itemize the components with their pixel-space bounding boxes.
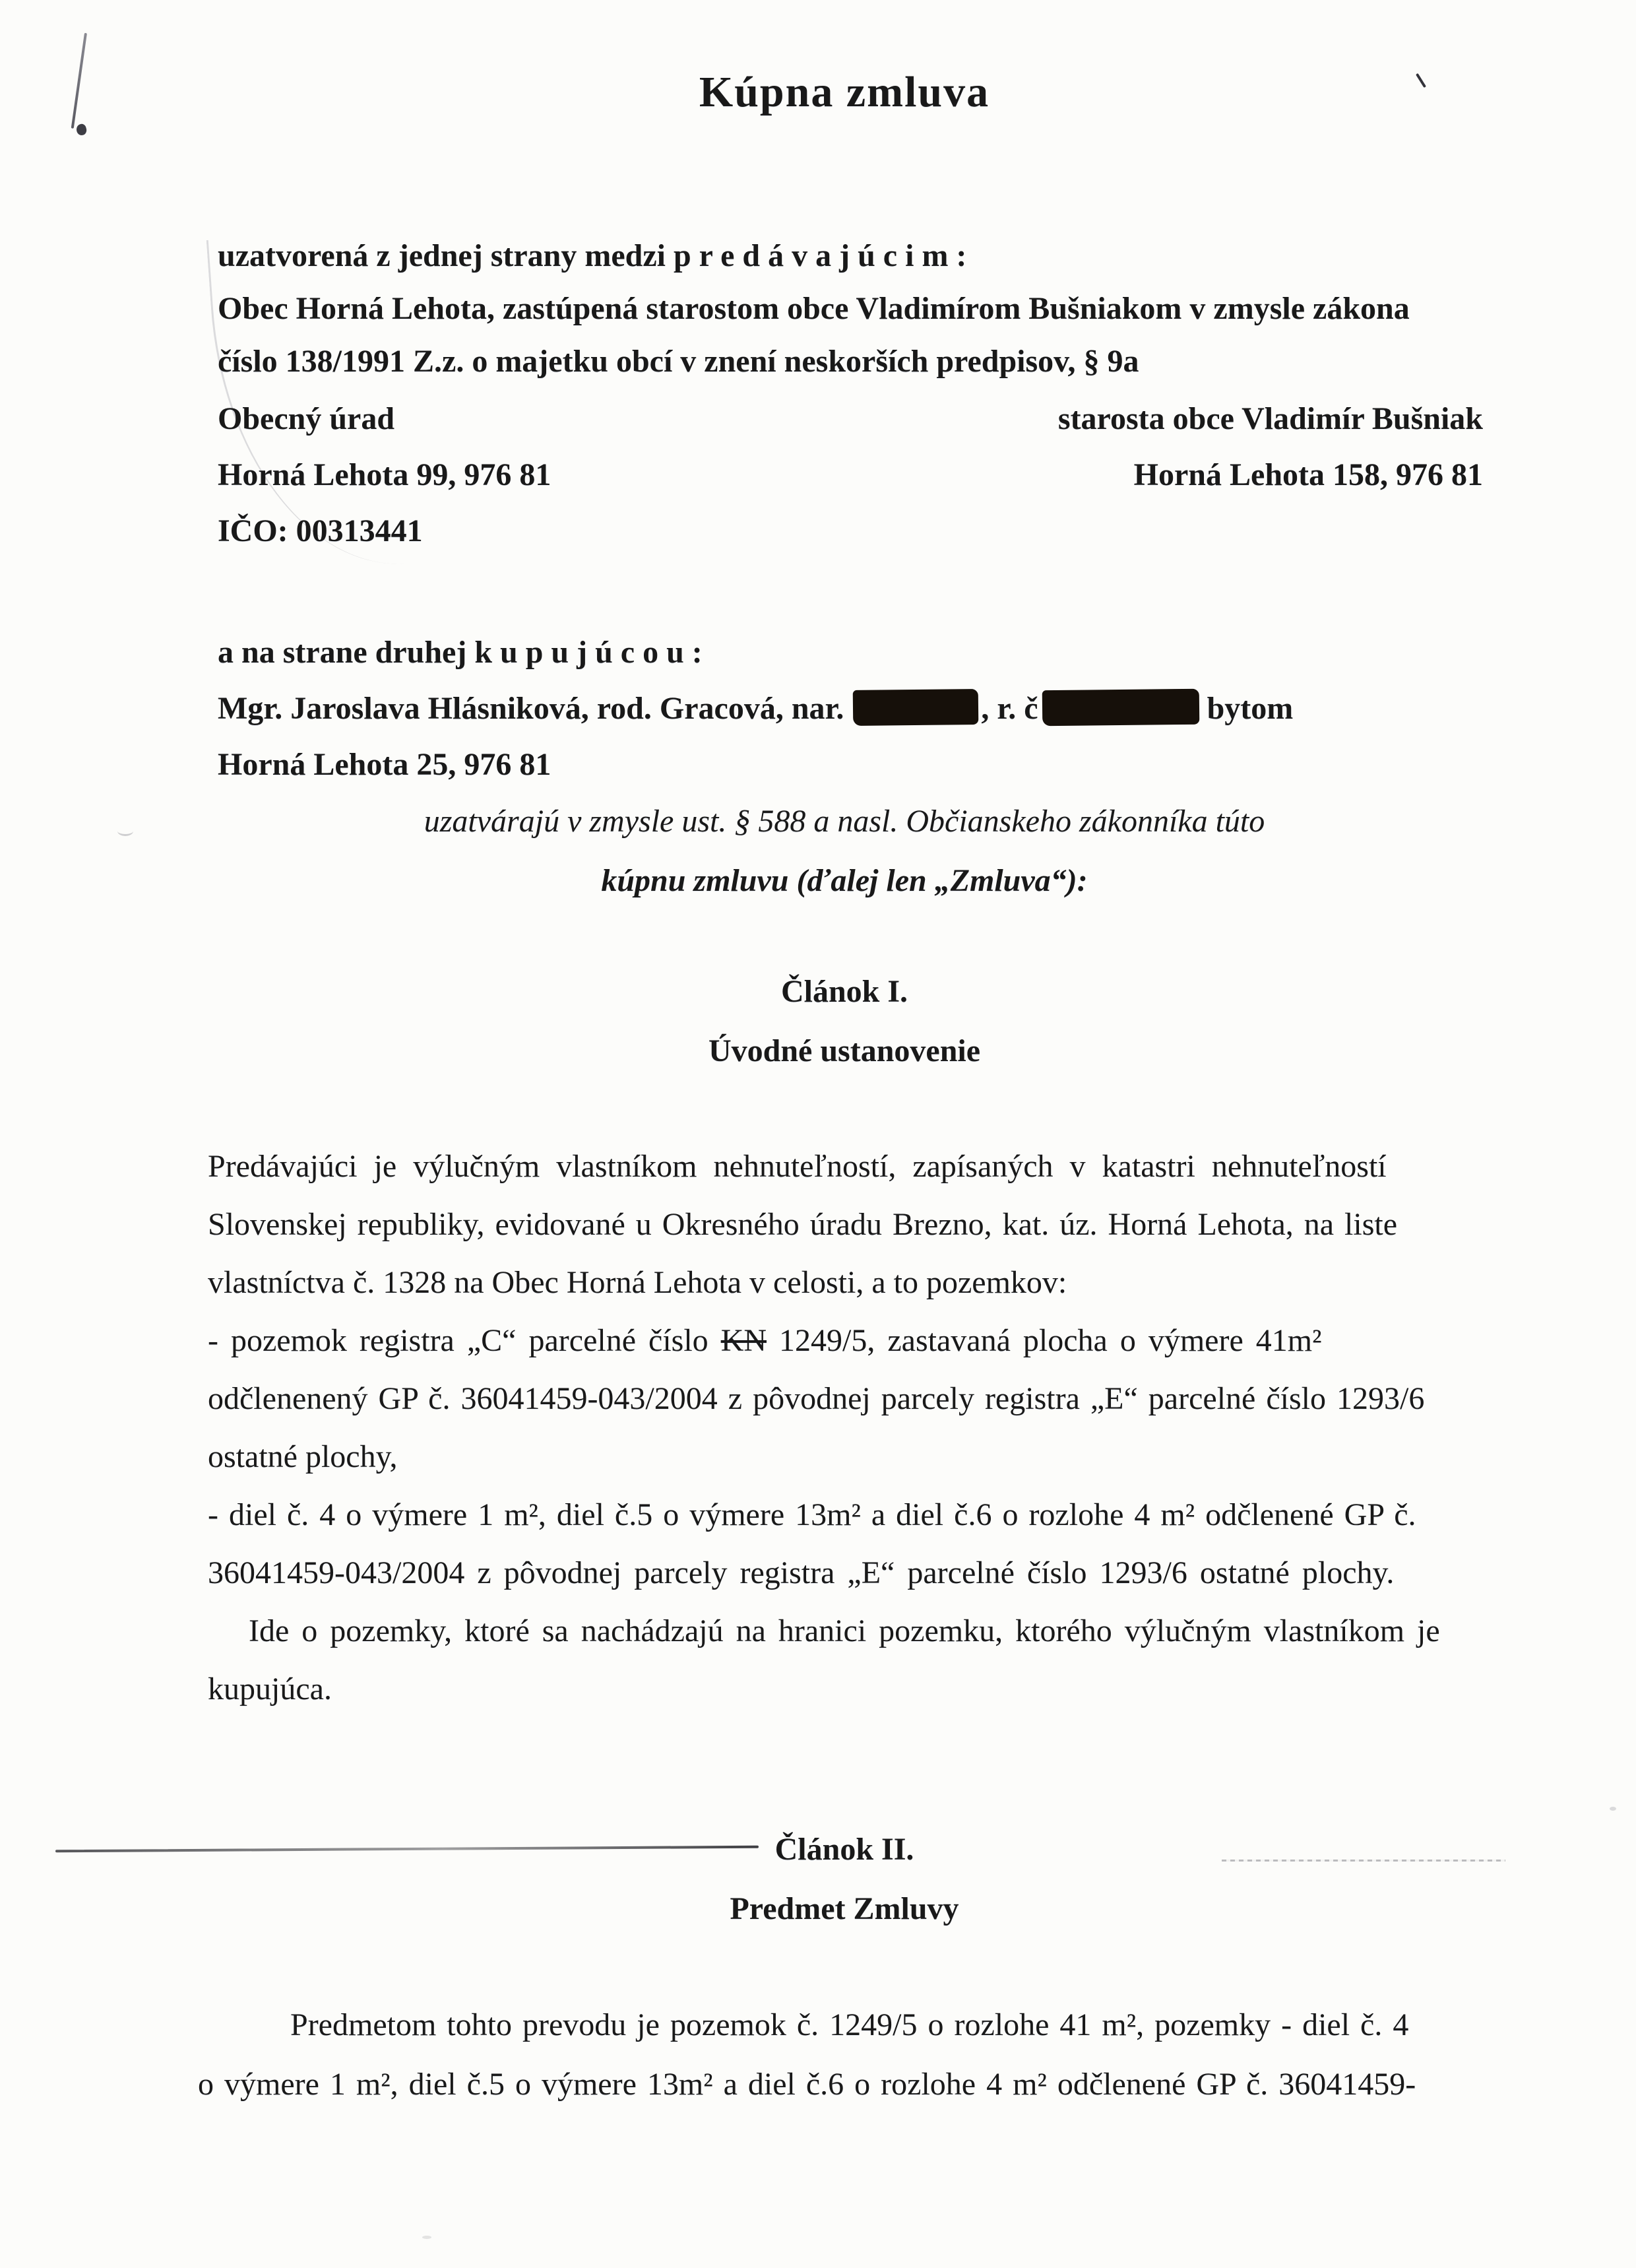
intro-line-seller: Obec Horná Lehota, zastúpená starostom o… [218, 282, 1511, 335]
squiggle-artifact [117, 826, 133, 836]
seller-mayor: starosta obce Vladimír Bušniak [1058, 391, 1483, 447]
para-line: Slovenskej republiky, evidované u Okresn… [208, 1196, 1481, 1254]
intro-line-parties: uzatvorená z jednej strany medzi p r e d… [218, 230, 1511, 282]
seller-mayor-address: Horná Lehota 158, 976 81 [1058, 447, 1483, 503]
struck-kn-text: KN [721, 1323, 767, 1358]
article1-heading-block: Článok I. Úvodné ustanovenie [211, 962, 1478, 1081]
para-line: kupujúca. [208, 1660, 1481, 1718]
para-line: o výmere 1 m², diel č.5 o výmere 13m² a … [198, 2055, 1484, 2114]
buyer-name-post: bytom [1207, 691, 1294, 726]
bullet-diely-line: - diel č. 4 o výmere 1 m², diel č.5 o vý… [208, 1486, 1481, 1544]
speck-artifact [422, 2236, 431, 2239]
intro-line-law: číslo 138/1991 Z.z. o majetku obcí v zne… [218, 335, 1511, 388]
article1-subheading: Úvodné ustanovenie [211, 1021, 1478, 1081]
buyer-name-mid: , r. č [981, 691, 1038, 726]
seller-mayor-block: starosta obce Vladimír Bušniak Horná Leh… [1058, 391, 1483, 503]
redaction-box-id-number [1042, 689, 1199, 726]
seller-office-address: Horná Lehota 99, 976 81 [218, 447, 551, 503]
para-line: Predávajúci je výlučným vlastníkom nehnu… [208, 1138, 1481, 1196]
bullet-text: 1249/5, zastavaná plocha o výmere 41m² [767, 1323, 1321, 1358]
redaction-box-birthdate [853, 689, 979, 726]
bullet-parcel-c-line: - pozemok registra „C“ parcelné číslo KN… [208, 1312, 1481, 1370]
document-title: Kúpna zmluva [211, 67, 1478, 117]
buyer-address: Horná Lehota 25, 976 81 [218, 736, 1537, 793]
article1-heading: Článok I. [211, 962, 1478, 1021]
buyer-name: Mgr. Jaroslava Hlásniková, rod. Gracová,… [218, 691, 844, 726]
bullet-text: - pozemok registra „C“ parcelné číslo [208, 1323, 721, 1358]
pen-stroke-artifact [71, 33, 87, 129]
seller-office: Obecný úrad [218, 391, 551, 447]
article1-body: Predávajúci je výlučným vlastníkom nehnu… [208, 1138, 1481, 1718]
para-line: Predmetom tohto prevodu je pozemok č. 12… [198, 1995, 1484, 2055]
buyer-heading: a na strane druhej k u p u j ú c o u : [218, 624, 1537, 680]
speck-artifact [1610, 1807, 1616, 1811]
article2-body: Predmetom tohto prevodu je pozemok č. 12… [198, 1995, 1484, 2114]
buyer-block: a na strane druhej k u p u j ú c o u : M… [218, 624, 1537, 793]
para-line: Ide o pozemky, ktoré sa nachádzajú na hr… [208, 1602, 1481, 1660]
preamble-block: uzatvárajú v zmysle ust. § 588 a nasl. O… [211, 792, 1478, 911]
para-line: 36041459-043/2004 z pôvodnej parcely reg… [208, 1544, 1481, 1602]
para-line: odčlenenený GP č. 36041459-043/2004 z pô… [208, 1370, 1481, 1428]
intro-paragraph: uzatvorená z jednej strany medzi p r e d… [218, 230, 1511, 388]
preamble-line-contract: kúpnu zmluvu (ďalej len „Zmluva“): [211, 851, 1478, 911]
pen-dot-artifact [75, 123, 88, 136]
seller-ico: IČO: 00313441 [218, 503, 551, 559]
preamble-line-law: uzatvárajú v zmysle ust. § 588 a nasl. O… [211, 792, 1478, 851]
buyer-name-line: Mgr. Jaroslava Hlásniková, rod. Gracová,… [218, 680, 1537, 736]
article2-heading-block: Článok II. Predmet Zmluvy [211, 1820, 1478, 1939]
article2-heading: Článok II. [211, 1820, 1478, 1879]
para-line: ostatné plochy, [208, 1428, 1481, 1486]
para-line: vlastníctva č. 1328 na Obec Horná Lehota… [208, 1254, 1481, 1312]
scanned-contract-page: Kúpna zmluva uzatvorená z jednej strany … [0, 0, 1636, 2268]
seller-office-block: Obecný úrad Horná Lehota 99, 976 81 IČO:… [218, 391, 551, 559]
article2-subheading: Predmet Zmluvy [211, 1879, 1478, 1939]
